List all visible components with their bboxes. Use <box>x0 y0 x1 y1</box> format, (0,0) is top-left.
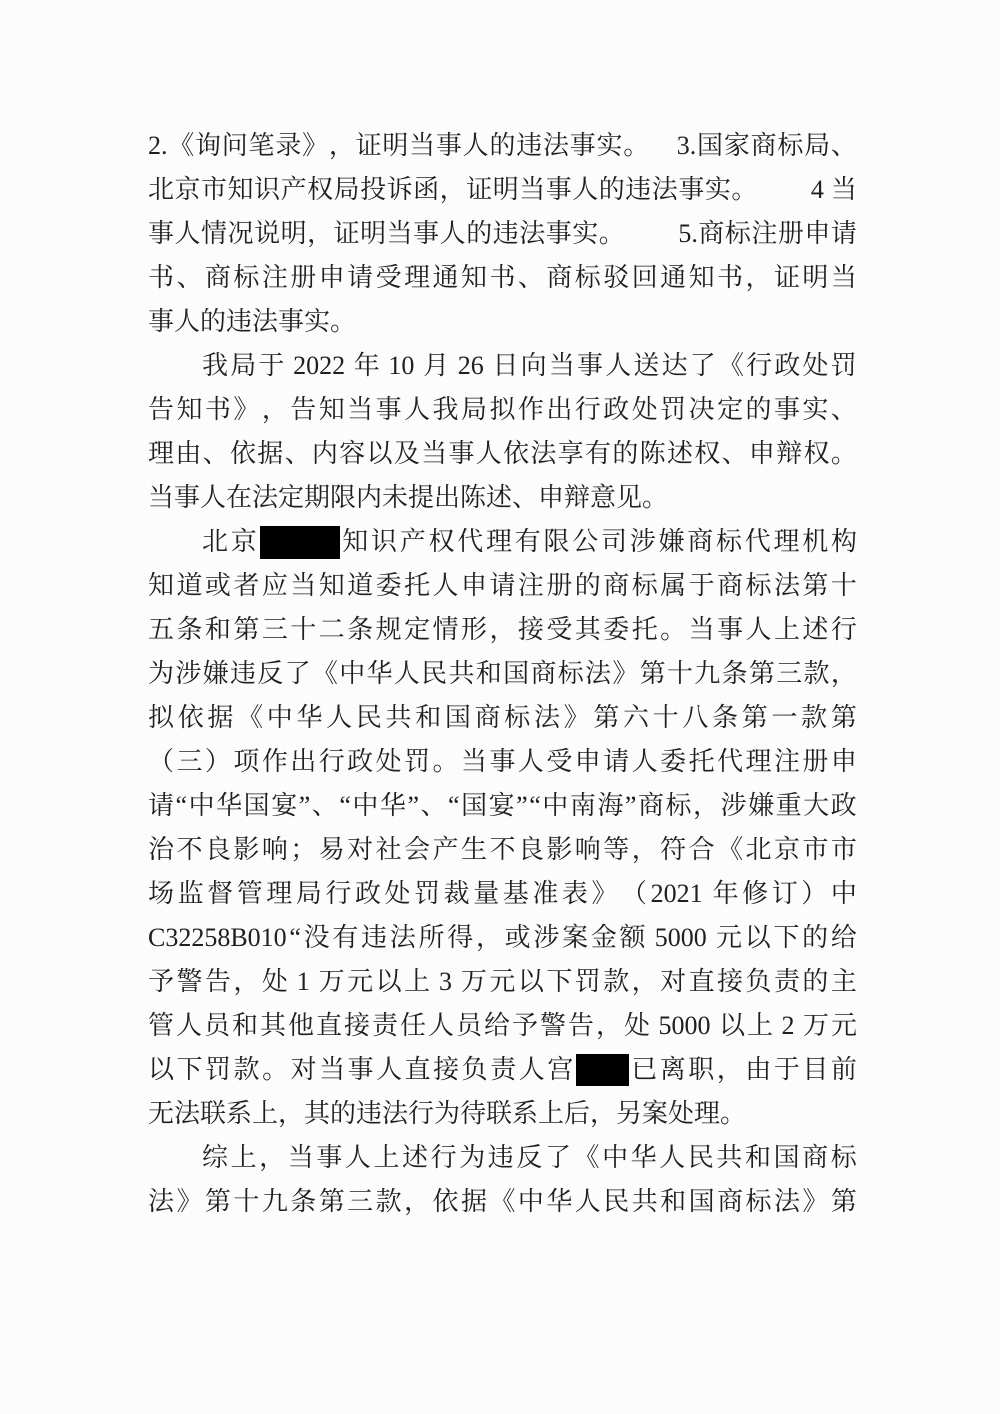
text-line: 北京知识产权代理有限公司涉嫌商标代理机构 <box>148 520 857 564</box>
document-page: 2.《询问笔录》，证明当事人的违法事实。 3.国家商标局、 北京市知识产权局投诉… <box>0 0 1000 1414</box>
text-line: 我局于 2022 年 10 月 26 日向当事人送达了《行政处罚 <box>148 344 857 388</box>
text-line: 无法联系上，其的违法行为待联系上后，另案处理。 <box>148 1092 857 1136</box>
text-line: 为涉嫌违反了《中华人民共和国商标法》第十九条第三款， <box>148 652 857 696</box>
text-line: 理由、依据、内容以及当事人依法享有的陈述权、申辩权。 <box>148 432 857 476</box>
text-line: 知道或者应当知道委托人申请注册的商标属于商标法第十 <box>148 564 857 608</box>
text-line: 拟依据《中华人民共和国商标法》第六十八条第一款第 <box>148 696 857 740</box>
text-line: 综上，当事人上述行为违反了《中华人民共和国商标 <box>148 1136 857 1180</box>
text-line: 请“中华国宴”、“中华”、“国宴”“中南海”商标，涉嫌重大政 <box>148 784 857 828</box>
text-line: 2.《询问笔录》，证明当事人的违法事实。 3.国家商标局、 <box>148 124 857 168</box>
text-line: 书、商标注册申请受理通知书、商标驳回通知书，证明当 <box>148 256 857 300</box>
text-line: 五条和第三十二条规定情形，接受其委托。当事人上述行 <box>148 608 857 652</box>
text-line: 事人的违法事实。 <box>148 300 857 344</box>
text-line: 当事人在法定期限内未提出陈述、申辩意见。 <box>148 476 857 520</box>
text-line: 北京市知识产权局投诉函，证明当事人的违法事实。 4 当 <box>148 168 857 212</box>
text-line: 告知书》，告知当事人我局拟作出行政处罚决定的事实、 <box>148 388 857 432</box>
text-line: 事人情况说明，证明当事人的违法事实。 5.商标注册申请 <box>148 212 857 256</box>
text-line: 予警告，处 1 万元以上 3 万元以下罚款，对直接负责的主 <box>148 960 857 1004</box>
text-line: 治不良影响；易对社会产生不良影响等，符合《北京市市 <box>148 828 857 872</box>
document-body: 2.《询问笔录》，证明当事人的违法事实。 3.国家商标局、 北京市知识产权局投诉… <box>148 124 857 1224</box>
redaction-box-company-name <box>260 526 340 559</box>
text-line: C32258B010“没有违法所得，或涉案金额 5000 元以下的给 <box>148 916 857 960</box>
text-line: 管人员和其他直接责任人员给予警告，处 5000 以上 2 万元 <box>148 1004 857 1048</box>
redaction-box-person-name <box>576 1054 629 1086</box>
text-line: （三）项作出行政处罚。当事人受申请人委托代理注册申 <box>148 740 857 784</box>
text-line: 场监督管理局行政处罚裁量基准表》（2021 年修订）中 <box>148 872 857 916</box>
text-line: 以下罚款。对当事人直接负责人宫已离职，由于目前 <box>148 1048 857 1092</box>
text-line: 法》第十九条第三款，依据《中华人民共和国商标法》第 <box>148 1180 857 1224</box>
